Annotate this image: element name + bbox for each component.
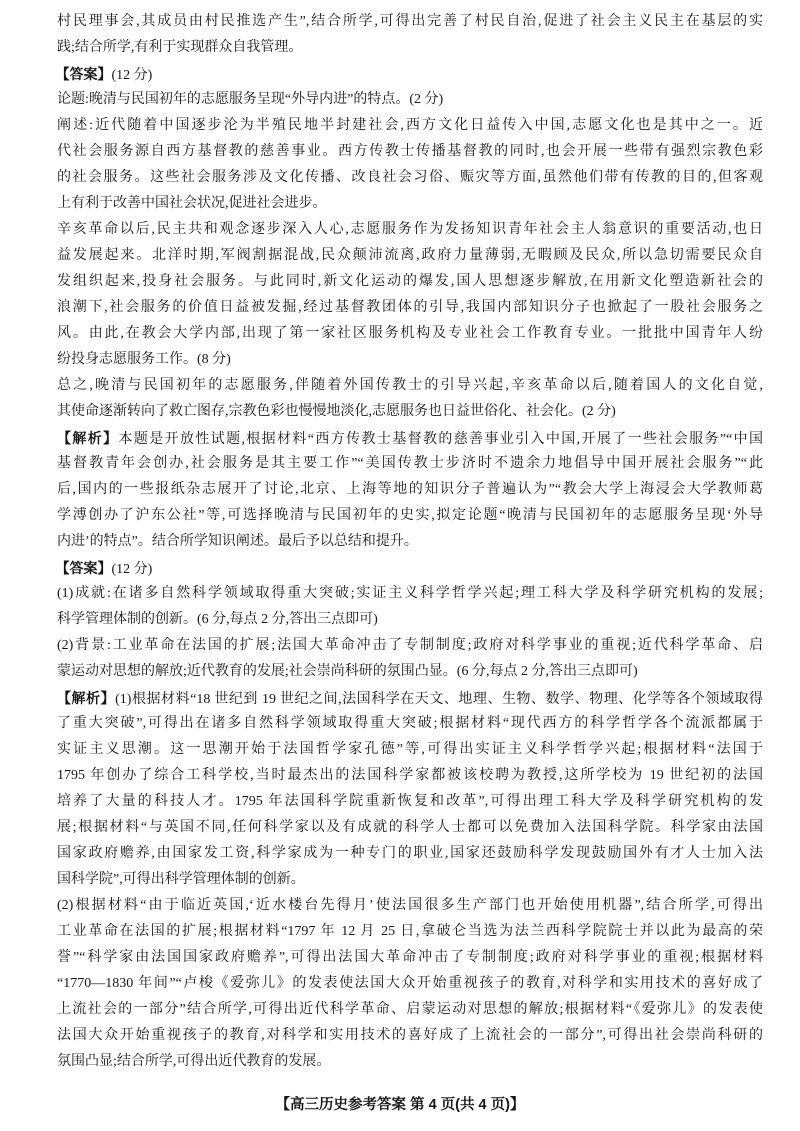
text-line: 培养了大量的科技人才。1795 年法国科学院重新恢复和改革”,可得出理工科大学及… bbox=[57, 789, 763, 815]
text-line: 誉”“科学家由法国国家政府赡养”,可得出法国大革命冲击了专制制度;政府对科学事业… bbox=[57, 945, 763, 971]
text-line: “1770—1830 年间”“卢梭《爱弥儿》的发表使法国大众开始重视孩子的教育,… bbox=[57, 971, 763, 997]
text-line: 国科学院”,可得出科学管理体制的创新。 bbox=[57, 867, 763, 893]
line-text: 其使命逐渐转向了救亡图存,宗教色彩也慢慢地淡化,志愿服务也日益世俗化、社会化。(… bbox=[57, 404, 616, 419]
text-line: 总之,晚清与民国初年的志愿服务,伴随着外国传教士的引导兴起,辛亥革命以后,随着国… bbox=[57, 373, 763, 399]
line-text: 代社会服务源自西方基督教的慈善事业。西方传教士传播基督教的同时,也会开展一些带有… bbox=[57, 144, 763, 159]
line-text: 浪潮下,社会服务的价值日益被发掘,经过基督教团体的引导,我国内部知识分子也掀起了… bbox=[57, 300, 763, 315]
line-text: 国科学院”,可得出科学管理体制的创新。 bbox=[57, 872, 305, 887]
line-text: 实证主义思潮。这一思潮开始于法国哲学家孔德”等,可得出实证主义科学哲学兴起;根据… bbox=[57, 742, 763, 757]
line-text: 辛亥革命以后,民主共和观念逐步深入人心,志愿服务作为发扬知识青年社会主人翁意识的… bbox=[57, 222, 763, 237]
line-text: 风。由此,在教会大学内部,出现了第一家社区服务机构及专业社会工作教育专业。一批批… bbox=[57, 326, 763, 341]
line-text: 的社会服务。这些社会服务涉及文化传播、改良社会习俗、赈灾等方面,虽然他们带有传教… bbox=[57, 170, 763, 185]
text-line: 内进’的特点”。结合所学知识阐述。最后予以总结和提升。 bbox=[57, 529, 763, 555]
text-line: (1)成就:在诸多自然科学领域取得重大突破;实证主义科学哲学兴起;理工科大学及科… bbox=[57, 581, 763, 607]
line-text: 氛围凸显;结合所学,可得出近代教育的发展。 bbox=[57, 1054, 330, 1069]
text-line: 20.【答案】(12 分) bbox=[57, 555, 763, 581]
line-text: 践;结合所学,有利于实现群众自我管理。 bbox=[57, 40, 302, 55]
text-line: 辛亥革命以后,民主共和观念逐步深入人心,志愿服务作为发扬知识青年社会主人翁意识的… bbox=[57, 217, 763, 243]
text-line: 阐述:近代随着中国逐步沦为半殖民地半封建社会,西方文化日益传入中国,志愿文化也是… bbox=[57, 113, 763, 139]
text-line: 其使命逐渐转向了救亡图存,宗教色彩也慢慢地淡化,志愿服务也日益世俗化、社会化。(… bbox=[57, 399, 763, 425]
emphasis-label: 【答案】 bbox=[57, 66, 112, 82]
line-text: (2)背景:工业革命在法国的扩展;法国大革命冲击了专制制度;政府对科学事业的重视… bbox=[57, 638, 763, 653]
line-text: (1)根据材料“18 世纪到 19 世纪之间,法国科学在天文、地理、生物、数学、… bbox=[115, 692, 763, 707]
line-text: 科学管理体制的创新。(6 分,每点 2 分,答出三点即可) bbox=[57, 612, 378, 627]
line-text: 培养了大量的科技人才。1795 年法国科学院重新恢复和改革”,可得出理工科大学及… bbox=[57, 794, 763, 809]
text-line: 19.【答案】(12 分) bbox=[57, 61, 763, 87]
text-line: 纷投身志愿服务工作。(8 分) bbox=[57, 347, 763, 373]
text-line: (2)背景:工业革命在法国的扩展;法国大革命冲击了专制制度;政府对科学事业的重视… bbox=[57, 633, 763, 659]
text-line: 发组织起来,投身社会服务。与此同时,新文化运动的爆发,国人思想逐步解放,在用新文… bbox=[57, 269, 763, 295]
text-line: 上流社会的一部分”结合所学,可得出近代科学革命、启蒙运动对思想的解放;根据材料“… bbox=[57, 997, 763, 1023]
text-line: 上有利于改善中国社会状况,促进社会进步。 bbox=[57, 191, 763, 217]
text-line: 益发展起来。北洋时期,军阀割据混战,民众颠沛流离,政府力量薄弱,无暇顾及民众,所… bbox=[57, 243, 763, 269]
text-line: 基督教青年会创办,社会服务是其主要工作”“美国传教士步济时不遗余力地倡导中国开展… bbox=[57, 451, 763, 477]
page-footer: 【高三历史参考答案 第 4 页(共 4 页)】 bbox=[0, 1092, 800, 1118]
text-line: 科学管理体制的创新。(6 分,每点 2 分,答出三点即可) bbox=[57, 607, 763, 633]
line-text: 展;根据材料“与英国不同,任何科学家以及有成就的科学人士都可以免费加入法国科学院… bbox=[57, 820, 763, 835]
answer-lines: 村民理事会,其成员由村民推选产生”,结合所学,可得出完善了村民自治,促进了社会主… bbox=[57, 9, 763, 1075]
text-line: 国家政府赡养,由国家发工资,科学家成为一种专门的职业,国家还鼓励科学发现鼓励国外… bbox=[57, 841, 763, 867]
emphasis-label: 【答案】 bbox=[57, 560, 112, 576]
line-text: 1795 年创办了综合工科学校,当时最杰出的法国科学家都被该校聘为教授,这所学校… bbox=[57, 768, 763, 783]
line-text: 基督教青年会创办,社会服务是其主要工作”“美国传教士步济时不遗余力地倡导中国开展… bbox=[57, 456, 763, 471]
line-text: 村民理事会,其成员由村民推选产生”,结合所学,可得出完善了村民自治,促进了社会主… bbox=[57, 14, 763, 29]
text-line: 后,国内的一些报纸杂志展开了讨论,北京、上海等地的知识分子普遍认为”“教会大学上… bbox=[57, 477, 763, 503]
line-text: 本题是开放性试题,根据材料“西方传教士基督教的慈善事业引入中国,开展了一些社会服… bbox=[118, 432, 763, 447]
text-line: 了重大突破”,可得出在诸多自然科学领域取得重大突破;根据材料“现代西方的科学哲学… bbox=[57, 711, 763, 737]
text-line: 的社会服务。这些社会服务涉及文化传播、改良社会习俗、赈灾等方面,虽然他们带有传教… bbox=[57, 165, 763, 191]
text-line: 展;根据材料“与英国不同,任何科学家以及有成就的科学人士都可以免费加入法国科学院… bbox=[57, 815, 763, 841]
line-text: 法国大众开始重视孩子的教育,对科学和实用技术的喜好成了上流社会的一部分”,可得出… bbox=[57, 1028, 763, 1043]
line-text: “1770—1830 年间”“卢梭《爱弥儿》的发表使法国大众开始重视孩子的教育,… bbox=[57, 976, 763, 991]
text-line: 法国大众开始重视孩子的教育,对科学和实用技术的喜好成了上流社会的一部分”,可得出… bbox=[57, 1023, 763, 1049]
line-text: (12 分) bbox=[112, 562, 153, 577]
line-text: 工业革命在法国的扩展;根据材料“1797 年 12 月 25 日,拿破仑当选为法… bbox=[57, 924, 763, 939]
line-text: 总之,晚清与民国初年的志愿服务,伴随着外国传教士的引导兴起,辛亥革命以后,随着国… bbox=[57, 378, 763, 393]
text-line: 1795 年创办了综合工科学校,当时最杰出的法国科学家都被该校聘为教授,这所学校… bbox=[57, 763, 763, 789]
line-text: (12 分) bbox=[112, 68, 153, 83]
line-text: 益发展起来。北洋时期,军阀割据混战,民众颠沛流离,政府力量薄弱,无暇顾及民众,所… bbox=[57, 248, 763, 263]
line-text: 誉”“科学家由法国国家政府赡养”,可得出法国大革命冲击了专制制度;政府对科学事业… bbox=[57, 950, 763, 965]
text-line: 学溥创办了沪东公社”等,可选择晚清与民国初年的史实,拟定论题“晚清与民国初年的志… bbox=[57, 503, 763, 529]
text-line: 氛围凸显;结合所学,可得出近代教育的发展。 bbox=[57, 1049, 763, 1075]
text-line: 工业革命在法国的扩展;根据材料“1797 年 12 月 25 日,拿破仑当选为法… bbox=[57, 919, 763, 945]
text-line: 论题:晚清与民国初年的志愿服务呈现“外导内进”的特点。(2 分) bbox=[57, 87, 763, 113]
text-line: 村民理事会,其成员由村民推选产生”,结合所学,可得出完善了村民自治,促进了社会主… bbox=[57, 9, 763, 35]
line-text: 阐述:近代随着中国逐步沦为半殖民地半封建社会,西方文化日益传入中国,志愿文化也是… bbox=[57, 118, 763, 133]
line-text: 上有利于改善中国社会状况,促进社会进步。 bbox=[57, 196, 327, 211]
line-text: (1)成就:在诸多自然科学领域取得重大突破;实证主义科学哲学兴起;理工科大学及科… bbox=[57, 586, 763, 601]
line-text: 上流社会的一部分”结合所学,可得出近代科学革命、启蒙运动对思想的解放;根据材料“… bbox=[57, 1002, 763, 1017]
text-line: 代社会服务源自西方基督教的慈善事业。西方传教士传播基督教的同时,也会开展一些带有… bbox=[57, 139, 763, 165]
emphasis-label: 【解析】 bbox=[57, 690, 115, 706]
line-text: 了重大突破”,可得出在诸多自然科学领域取得重大突破;根据材料“现代西方的科学哲学… bbox=[57, 716, 763, 731]
line-text: 纷投身志愿服务工作。(8 分) bbox=[57, 352, 231, 367]
text-line: (2)根据材料“由于临近英国,‘近水楼台先得月’使法国很多生产部门也开始使用机器… bbox=[57, 893, 763, 919]
emphasis-label: 【解析】 bbox=[57, 430, 118, 446]
line-text: 内进’的特点”。结合所学知识阐述。最后予以总结和提升。 bbox=[57, 534, 418, 549]
line-text: (2)根据材料“由于临近英国,‘近水楼台先得月’使法国很多生产部门也开始使用机器… bbox=[57, 898, 763, 913]
text-line: 践;结合所学,有利于实现群众自我管理。 bbox=[57, 35, 763, 61]
text-line: 蒙运动对思想的解放;近代教育的发展;社会崇尚科研的氛围凸显。(6 分,每点 2 … bbox=[57, 659, 763, 685]
line-text: 发组织起来,投身社会服务。与此同时,新文化运动的爆发,国人思想逐步解放,在用新文… bbox=[57, 274, 763, 289]
line-text: 后,国内的一些报纸杂志展开了讨论,北京、上海等地的知识分子普遍认为”“教会大学上… bbox=[57, 482, 763, 497]
document-page: 村民理事会,其成员由村民推选产生”,结合所学,可得出完善了村民自治,促进了社会主… bbox=[0, 0, 800, 1131]
line-text: 论题:晚清与民国初年的志愿服务呈现“外导内进”的特点。(2 分) bbox=[57, 92, 443, 107]
text-line: 风。由此,在教会大学内部,出现了第一家社区服务机构及专业社会工作教育专业。一批批… bbox=[57, 321, 763, 347]
line-text: 蒙运动对思想的解放;近代教育的发展;社会崇尚科研的氛围凸显。(6 分,每点 2 … bbox=[57, 664, 638, 679]
line-text: 学溥创办了沪东公社”等,可选择晚清与民国初年的史实,拟定论题“晚清与民国初年的志… bbox=[57, 508, 763, 523]
line-text: 国家政府赡养,由国家发工资,科学家成为一种专门的职业,国家还鼓励科学发现鼓励国外… bbox=[57, 846, 763, 861]
text-line: 浪潮下,社会服务的价值日益被发掘,经过基督教团体的引导,我国内部知识分子也掀起了… bbox=[57, 295, 763, 321]
text-line: 【解析】本题是开放性试题,根据材料“西方传教士基督教的慈善事业引入中国,开展了一… bbox=[57, 425, 763, 451]
text-line: 实证主义思潮。这一思潮开始于法国哲学家孔德”等,可得出实证主义科学哲学兴起;根据… bbox=[57, 737, 763, 763]
text-line: 【解析】(1)根据材料“18 世纪到 19 世纪之间,法国科学在天文、地理、生物… bbox=[57, 685, 763, 711]
